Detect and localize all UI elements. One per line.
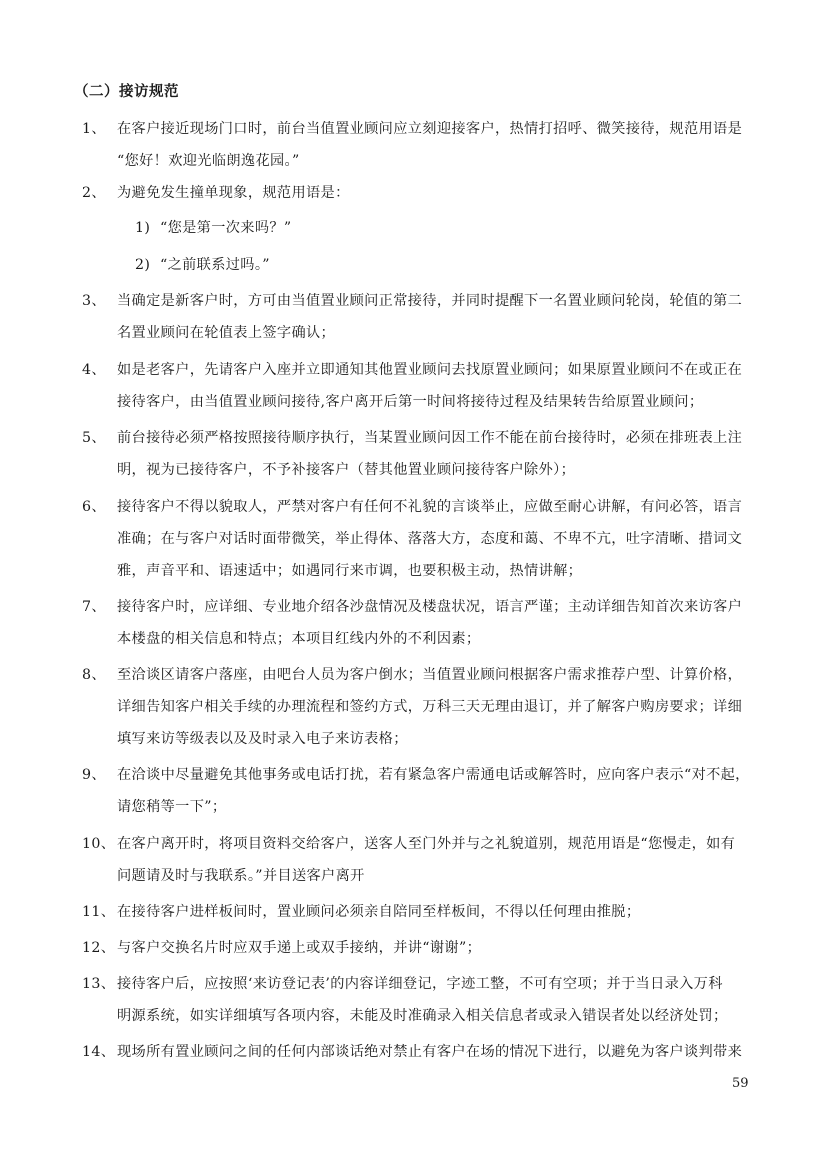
item-text: 接待客户后，应按照‘来访登记表’的内容详细登记，字迹工整，不可有空项；并于当日录… <box>117 974 723 994</box>
item-text: 与客户交换名片时应双手递上或双手接纳，并讲“谢谢”； <box>117 938 481 958</box>
item-text: 明，视为已接待客户，不予补接客户（替其他置业顾问接待客户除外）； <box>117 460 575 480</box>
item-number: 3、 <box>82 291 106 311</box>
item-text: 填写来访等级表以及及时录入电子来访表格； <box>117 729 408 749</box>
item-number: 2、 <box>82 183 106 203</box>
item-number: 5、 <box>82 428 106 448</box>
section-heading: （二）接访规范 <box>74 80 179 101</box>
item-number: 8、 <box>82 665 106 685</box>
item-number: 11、 <box>82 902 115 922</box>
sub-item-text: “您是第一次来吗？” <box>160 218 292 238</box>
item-text: 本楼盘的相关信息和特点；本项目红线内外的不利因素； <box>117 629 480 649</box>
item-text: 详细告知客户相关手续的办理流程和签约方式，万科三天无理由退订，并了解客户购房要求… <box>117 697 742 717</box>
item-text: 前台接待必须严格按照接待顺序执行，当某置业顾问因工作不能在前台接待时，必须在排班… <box>117 428 742 448</box>
item-number: 9、 <box>82 765 106 785</box>
item-text: 现场所有置业顾问之间的任何内部谈话绝对禁止有客户在场的情况下进行，以避免为客户谈… <box>117 1042 742 1062</box>
item-text: 准确；在与客户对话时面带微笑，举止得体、落落大方，态度和蔼、不卑不亢，吐字清晰、… <box>117 529 742 549</box>
item-text: 明源系统，如实详细填写各项内容，未能及时准确录入相关信息者或录入错误者处以经济处… <box>117 1006 728 1026</box>
item-text: 雅，声音平和、语速适中；如遇同行来市调，也要积极主动，热情讲解； <box>117 561 582 581</box>
item-number: 6、 <box>82 497 106 517</box>
item-number: 12、 <box>82 938 115 958</box>
item-text: “您好！欢迎光临朗逸花园。” <box>117 151 300 171</box>
item-text: 问题请及时与我联系。”并目送客户离开 <box>117 866 365 886</box>
item-text: 名置业顾问在轮值表上签字确认； <box>117 323 335 343</box>
document-page: （二）接访规范 1、 在客户接近现场门口时，前台当值置业顾问应立刻迎接客户，热情… <box>0 0 820 1159</box>
item-text: 在洽谈中尽量避免其他事务或电话打扰，若有紧急客户需通电话或解答时，应向客户表示“… <box>117 765 750 785</box>
sub-item-text: “之前联系过吗。” <box>160 255 270 275</box>
item-number: 14、 <box>82 1042 115 1062</box>
sub-item-number: 1) <box>135 218 150 238</box>
item-number: 1、 <box>82 119 106 139</box>
item-text: 至洽谈区请客户落座，由吧台人员为客户倒水；当值置业顾问根据客户需求推荐户型、计算… <box>117 665 742 685</box>
item-text: 接待客户，由当值置业顾问接待,客户离开后第一时间将接待过程及结果转告给原置业顾问… <box>117 392 703 412</box>
item-text: 请您稍等一下”； <box>117 797 226 817</box>
item-number: 13、 <box>82 974 115 994</box>
item-text: 为避免发生撞单现象，规范用语是： <box>117 183 350 203</box>
item-text: 当确定是新客户时，方可由当值置业顾问正常接待，并同时提醒下一名置业顾问轮岗，轮值… <box>117 291 742 311</box>
item-text: 在客户接近现场门口时，前台当值置业顾问应立刻迎接客户，热情打招呼、微笑接待，规范… <box>117 119 742 139</box>
item-number: 10、 <box>82 834 115 854</box>
sub-item-number: 2) <box>135 255 150 275</box>
item-text: 接待客户时，应详细、专业地介绍各沙盘情况及楼盘状况，语言严谨；主动详细告知首次来… <box>117 597 742 617</box>
item-text: 接待客户不得以貌取人，严禁对客户有任何不礼貌的言谈举止，应做至耐心讲解，有问必答… <box>117 497 742 517</box>
item-text: 如是老客户，先请客户入座并立即通知其他置业顾问去找原置业顾问；如果原置业顾问不在… <box>117 360 742 380</box>
item-text: 在客户离开时，将项目资料交给客户，送客人至门外并与之礼貌道别，规范用语是“您慢走… <box>117 834 735 854</box>
item-number: 7、 <box>82 597 106 617</box>
item-number: 4、 <box>82 360 106 380</box>
page-number: 59 <box>732 1076 749 1091</box>
item-text: 在接待客户进样板间时，置业顾问必须亲自陪同至样板间，不得以任何理由推脱； <box>117 902 640 922</box>
